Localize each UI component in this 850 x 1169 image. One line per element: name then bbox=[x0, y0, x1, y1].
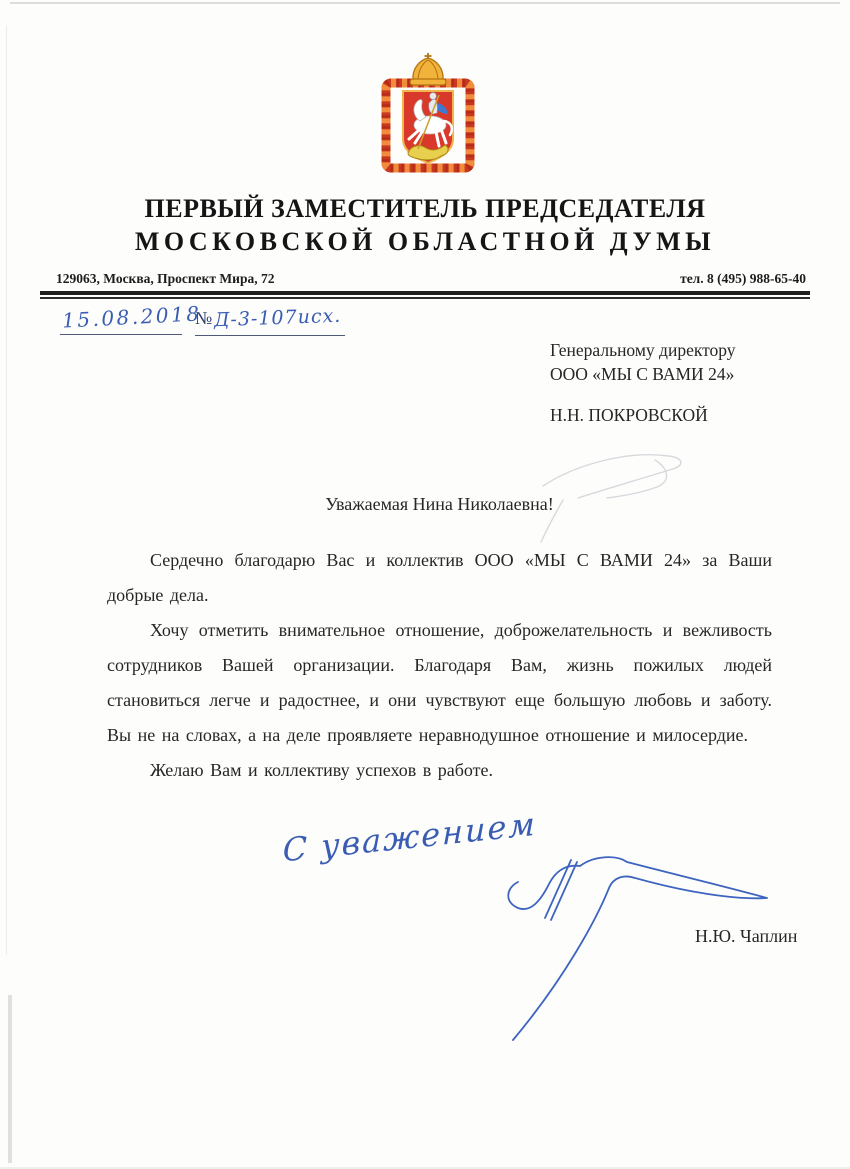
letterhead-divider bbox=[40, 291, 810, 299]
letterhead-address: 129063, Москва, Проспект Мира, 72 bbox=[56, 271, 274, 287]
body-paragraph: Сердечно благодарю Вас и коллектив ООО «… bbox=[107, 543, 772, 613]
letter-body: Сердечно благодарю Вас и коллектив ООО «… bbox=[107, 543, 772, 788]
body-paragraph: Хочу отметить внимательное отношение, до… bbox=[107, 613, 772, 753]
body-paragraph: Желаю Вам и коллективу успехов в работе. bbox=[107, 753, 772, 788]
signature-flourish-icon bbox=[503, 846, 788, 1056]
scan-edge-artifact bbox=[6, 25, 7, 955]
scan-edge-artifact bbox=[8, 995, 12, 1163]
recipient-position: Генеральному директору bbox=[550, 338, 736, 362]
letterhead-phone: тел. 8 (495) 988-65-40 bbox=[680, 271, 806, 287]
salutation: Уважаемая Нина Николаевна! bbox=[107, 494, 772, 515]
recipient-company: ООО «МЫ С ВАМИ 24» bbox=[550, 362, 736, 386]
handwritten-date: 15.08.2018 bbox=[60, 303, 182, 335]
reference-line: 15.08.2018 №Д-3-107исх. bbox=[60, 303, 345, 336]
scan-edge-artifact bbox=[10, 2, 840, 4]
recipient-block: Генеральному директору ООО «МЫ С ВАМИ 24… bbox=[550, 338, 736, 427]
signatory-name: Н.Ю. Чаплин bbox=[695, 926, 797, 947]
handwritten-valediction: С уважением bbox=[283, 805, 537, 870]
letterhead-title-line2: МОСКОВСКОЙ ОБЛАСТНОЙ ДУМЫ bbox=[0, 225, 850, 258]
letter-scan-page: ПЕРВЫЙ ЗАМЕСТИТЕЛЬ ПРЕДСЕДАТЕЛЯ МОСКОВСК… bbox=[0, 0, 850, 1169]
letterhead-title-line1: ПЕРВЫЙ ЗАМЕСТИТЕЛЬ ПРЕДСЕДАТЕЛЯ bbox=[0, 192, 850, 225]
recipient-name: Н.Н. ПОКРОВСКОЙ bbox=[550, 403, 736, 427]
moscow-oblast-coat-of-arms-icon bbox=[376, 50, 480, 174]
handwritten-number: Д-3-107исх. bbox=[214, 305, 342, 331]
pencil-scribble-icon bbox=[533, 438, 703, 548]
letterhead-contact-row: 129063, Москва, Проспект Мира, 72 тел. 8… bbox=[56, 271, 806, 287]
handwritten-number-group: №Д-3-107исх. bbox=[195, 305, 345, 336]
letterhead-title: ПЕРВЫЙ ЗАМЕСТИТЕЛЬ ПРЕДСЕДАТЕЛЯ МОСКОВСК… bbox=[0, 192, 850, 258]
